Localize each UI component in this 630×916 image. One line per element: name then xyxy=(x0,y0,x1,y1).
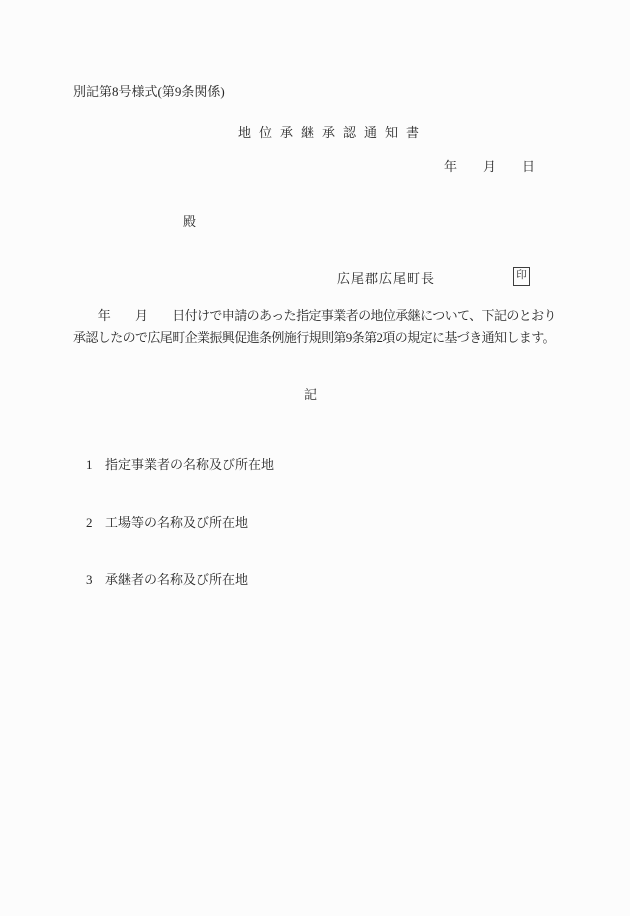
addressee-honorific: 殿 xyxy=(183,214,196,230)
record-heading: 記 xyxy=(304,387,317,403)
item-label: 指定事業者の名称及び所在地 xyxy=(105,457,274,472)
issuer-title: 広尾郡広尾町長 xyxy=(337,271,435,287)
item-number: 3 xyxy=(86,572,105,588)
body-paragraph-line-2: 承認したので広尾町企業振興促進条例施行規則第9条第2項の規定に基づき通知します。 xyxy=(73,330,555,346)
item-label: 工場等の名称及び所在地 xyxy=(105,515,248,530)
item-label: 承継者の名称及び所在地 xyxy=(105,572,248,587)
document-page: 別記第8号様式(第9条関係) 地位承継承認通知書 年 月 日 殿 広尾郡広尾町長… xyxy=(0,0,630,916)
body-paragraph-line-1: 年 月 日付けで申請のあった指定事業者の地位承継について、下記のとおり xyxy=(73,308,556,324)
list-item-designated-business: 1指定事業者の名称及び所在地 xyxy=(73,441,274,490)
list-item-factory: 2工場等の名称及び所在地 xyxy=(73,499,248,548)
form-number: 別記第8号様式(第9条関係) xyxy=(73,84,225,100)
seal-mark-icon: 印 xyxy=(516,271,527,282)
seal-placeholder-box: 印 xyxy=(513,267,530,286)
document-title: 地位承継承認通知書 xyxy=(238,125,427,141)
item-number: 2 xyxy=(86,515,105,531)
issue-date-placeholder: 年 月 日 xyxy=(444,159,535,175)
list-item-successor: 3承継者の名称及び所在地 xyxy=(73,556,248,605)
item-number: 1 xyxy=(86,457,105,473)
